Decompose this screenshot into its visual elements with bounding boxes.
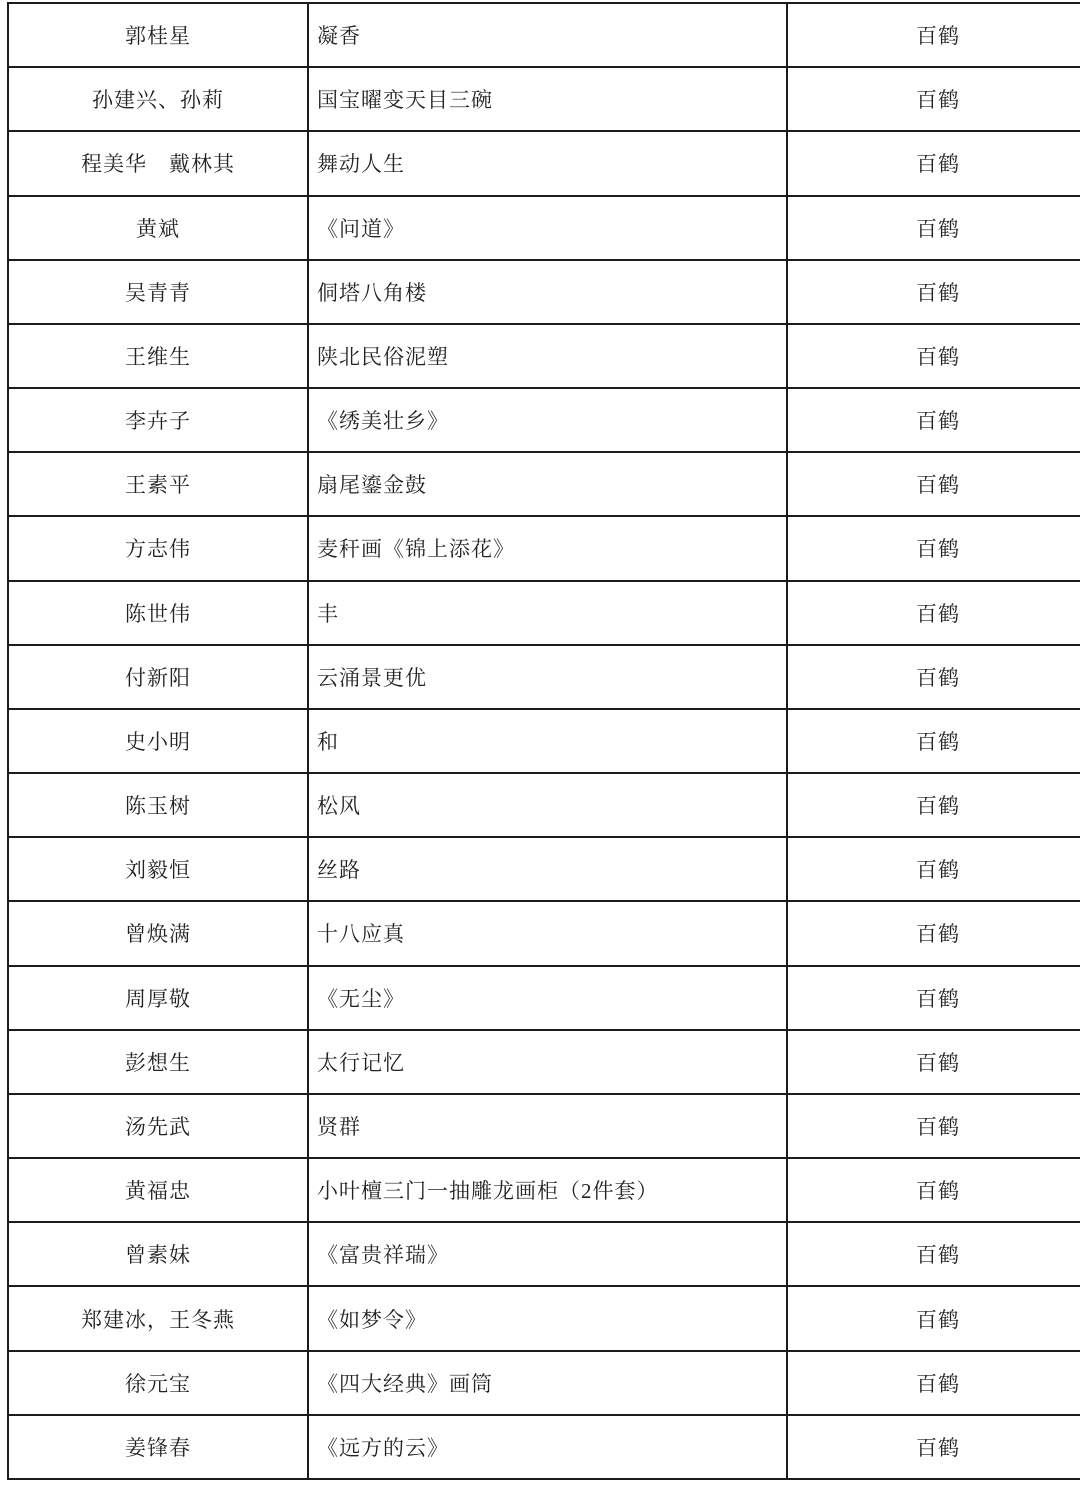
work-cell: 舞动人生	[308, 131, 787, 195]
table-row: 陈世伟 丰 百鹤	[8, 581, 1080, 645]
author-cell: 王素平	[8, 452, 308, 516]
award-cell: 百鹤	[787, 645, 1080, 709]
award-cell: 百鹤	[787, 1222, 1080, 1286]
work-cell: 《如梦令》	[308, 1286, 787, 1350]
table-row: 付新阳 云涌景更优 百鹤	[8, 645, 1080, 709]
work-cell: 侗塔八角楼	[308, 260, 787, 324]
award-cell: 百鹤	[787, 709, 1080, 773]
work-cell: 《富贵祥瑞》	[308, 1222, 787, 1286]
work-cell: 丝路	[308, 837, 787, 901]
table-row: 王维生 陕北民俗泥塑 百鹤	[8, 324, 1080, 388]
author-cell: 史小明	[8, 709, 308, 773]
author-cell: 郑建冰，王冬燕	[8, 1286, 308, 1350]
table-row: 方志伟 麦秆画《锦上添花》 百鹤	[8, 516, 1080, 580]
work-cell: 《四大经典》画筒	[308, 1351, 787, 1415]
work-cell: 《问道》	[308, 196, 787, 260]
work-cell: 扇尾鎏金鼓	[308, 452, 787, 516]
author-cell: 曾焕满	[8, 901, 308, 965]
work-cell: 丰	[308, 581, 787, 645]
table-row: 黄福忠 小叶檀三门一抽雕龙画柜（2件套） 百鹤	[8, 1158, 1080, 1222]
table-row: 吴青青 侗塔八角楼 百鹤	[8, 260, 1080, 324]
table-row: 姜锋春 《远方的云》 百鹤	[8, 1415, 1080, 1479]
award-cell: 百鹤	[787, 1351, 1080, 1415]
award-cell: 百鹤	[787, 452, 1080, 516]
work-cell: 《无尘》	[308, 966, 787, 1030]
table-row: 黄斌 《问道》 百鹤	[8, 196, 1080, 260]
author-cell: 王维生	[8, 324, 308, 388]
author-cell: 郭桂星	[8, 3, 308, 67]
award-cell: 百鹤	[787, 837, 1080, 901]
work-cell: 云涌景更优	[308, 645, 787, 709]
table-row: 周厚敬 《无尘》 百鹤	[8, 966, 1080, 1030]
table-row: 李卉子 《绣美壮乡》 百鹤	[8, 388, 1080, 452]
author-cell: 徐元宝	[8, 1351, 308, 1415]
author-cell: 曾素妹	[8, 1222, 308, 1286]
table-row: 郑建冰，王冬燕 《如梦令》 百鹤	[8, 1286, 1080, 1350]
author-cell: 陈世伟	[8, 581, 308, 645]
author-cell: 汤先武	[8, 1094, 308, 1158]
author-cell: 付新阳	[8, 645, 308, 709]
author-cell: 黄斌	[8, 196, 308, 260]
award-cell: 百鹤	[787, 67, 1080, 131]
author-cell: 周厚敬	[8, 966, 308, 1030]
author-cell: 程美华 戴林其	[8, 131, 308, 195]
table-row: 孙建兴、孙莉 国宝曜变天目三碗 百鹤	[8, 67, 1080, 131]
award-cell: 百鹤	[787, 3, 1080, 67]
award-cell: 百鹤	[787, 581, 1080, 645]
table-row: 王素平 扇尾鎏金鼓 百鹤	[8, 452, 1080, 516]
award-cell: 百鹤	[787, 388, 1080, 452]
award-cell: 百鹤	[787, 1158, 1080, 1222]
work-cell: 贤群	[308, 1094, 787, 1158]
work-cell: 和	[308, 709, 787, 773]
work-cell: 小叶檀三门一抽雕龙画柜（2件套）	[308, 1158, 787, 1222]
table-row: 史小明 和 百鹤	[8, 709, 1080, 773]
work-cell: 《绣美壮乡》	[308, 388, 787, 452]
table-row: 曾焕满 十八应真 百鹤	[8, 901, 1080, 965]
work-cell: 松风	[308, 773, 787, 837]
award-cell: 百鹤	[787, 1415, 1080, 1479]
table-row: 彭想生 太行记忆 百鹤	[8, 1030, 1080, 1094]
table-row: 汤先武 贤群 百鹤	[8, 1094, 1080, 1158]
work-cell: 十八应真	[308, 901, 787, 965]
author-cell: 彭想生	[8, 1030, 308, 1094]
award-cell: 百鹤	[787, 901, 1080, 965]
award-cell: 百鹤	[787, 1286, 1080, 1350]
page: 郭桂星 凝香 百鹤 孙建兴、孙莉 国宝曜变天目三碗 百鹤 程美华 戴林其 舞动人…	[0, 0, 1080, 1486]
author-cell: 姜锋春	[8, 1415, 308, 1479]
table-row: 刘毅恒 丝路 百鹤	[8, 837, 1080, 901]
award-cell: 百鹤	[787, 260, 1080, 324]
award-cell: 百鹤	[787, 131, 1080, 195]
table-row: 陈玉树 松风 百鹤	[8, 773, 1080, 837]
author-cell: 陈玉树	[8, 773, 308, 837]
table-row: 郭桂星 凝香 百鹤	[8, 3, 1080, 67]
author-cell: 李卉子	[8, 388, 308, 452]
author-cell: 孙建兴、孙莉	[8, 67, 308, 131]
author-cell: 刘毅恒	[8, 837, 308, 901]
table-row: 程美华 戴林其 舞动人生 百鹤	[8, 131, 1080, 195]
award-cell: 百鹤	[787, 196, 1080, 260]
table-row: 曾素妹 《富贵祥瑞》 百鹤	[8, 1222, 1080, 1286]
work-cell: 国宝曜变天目三碗	[308, 67, 787, 131]
award-table-body: 郭桂星 凝香 百鹤 孙建兴、孙莉 国宝曜变天目三碗 百鹤 程美华 戴林其 舞动人…	[8, 3, 1080, 1479]
author-cell: 方志伟	[8, 516, 308, 580]
work-cell: 凝香	[308, 3, 787, 67]
award-cell: 百鹤	[787, 773, 1080, 837]
award-cell: 百鹤	[787, 324, 1080, 388]
work-cell: 《远方的云》	[308, 1415, 787, 1479]
table-row: 徐元宝 《四大经典》画筒 百鹤	[8, 1351, 1080, 1415]
award-cell: 百鹤	[787, 1094, 1080, 1158]
author-cell: 吴青青	[8, 260, 308, 324]
award-cell: 百鹤	[787, 966, 1080, 1030]
work-cell: 麦秆画《锦上添花》	[308, 516, 787, 580]
work-cell: 太行记忆	[308, 1030, 787, 1094]
author-cell: 黄福忠	[8, 1158, 308, 1222]
award-cell: 百鹤	[787, 1030, 1080, 1094]
award-table: 郭桂星 凝香 百鹤 孙建兴、孙莉 国宝曜变天目三碗 百鹤 程美华 戴林其 舞动人…	[7, 2, 1080, 1480]
work-cell: 陕北民俗泥塑	[308, 324, 787, 388]
award-cell: 百鹤	[787, 516, 1080, 580]
